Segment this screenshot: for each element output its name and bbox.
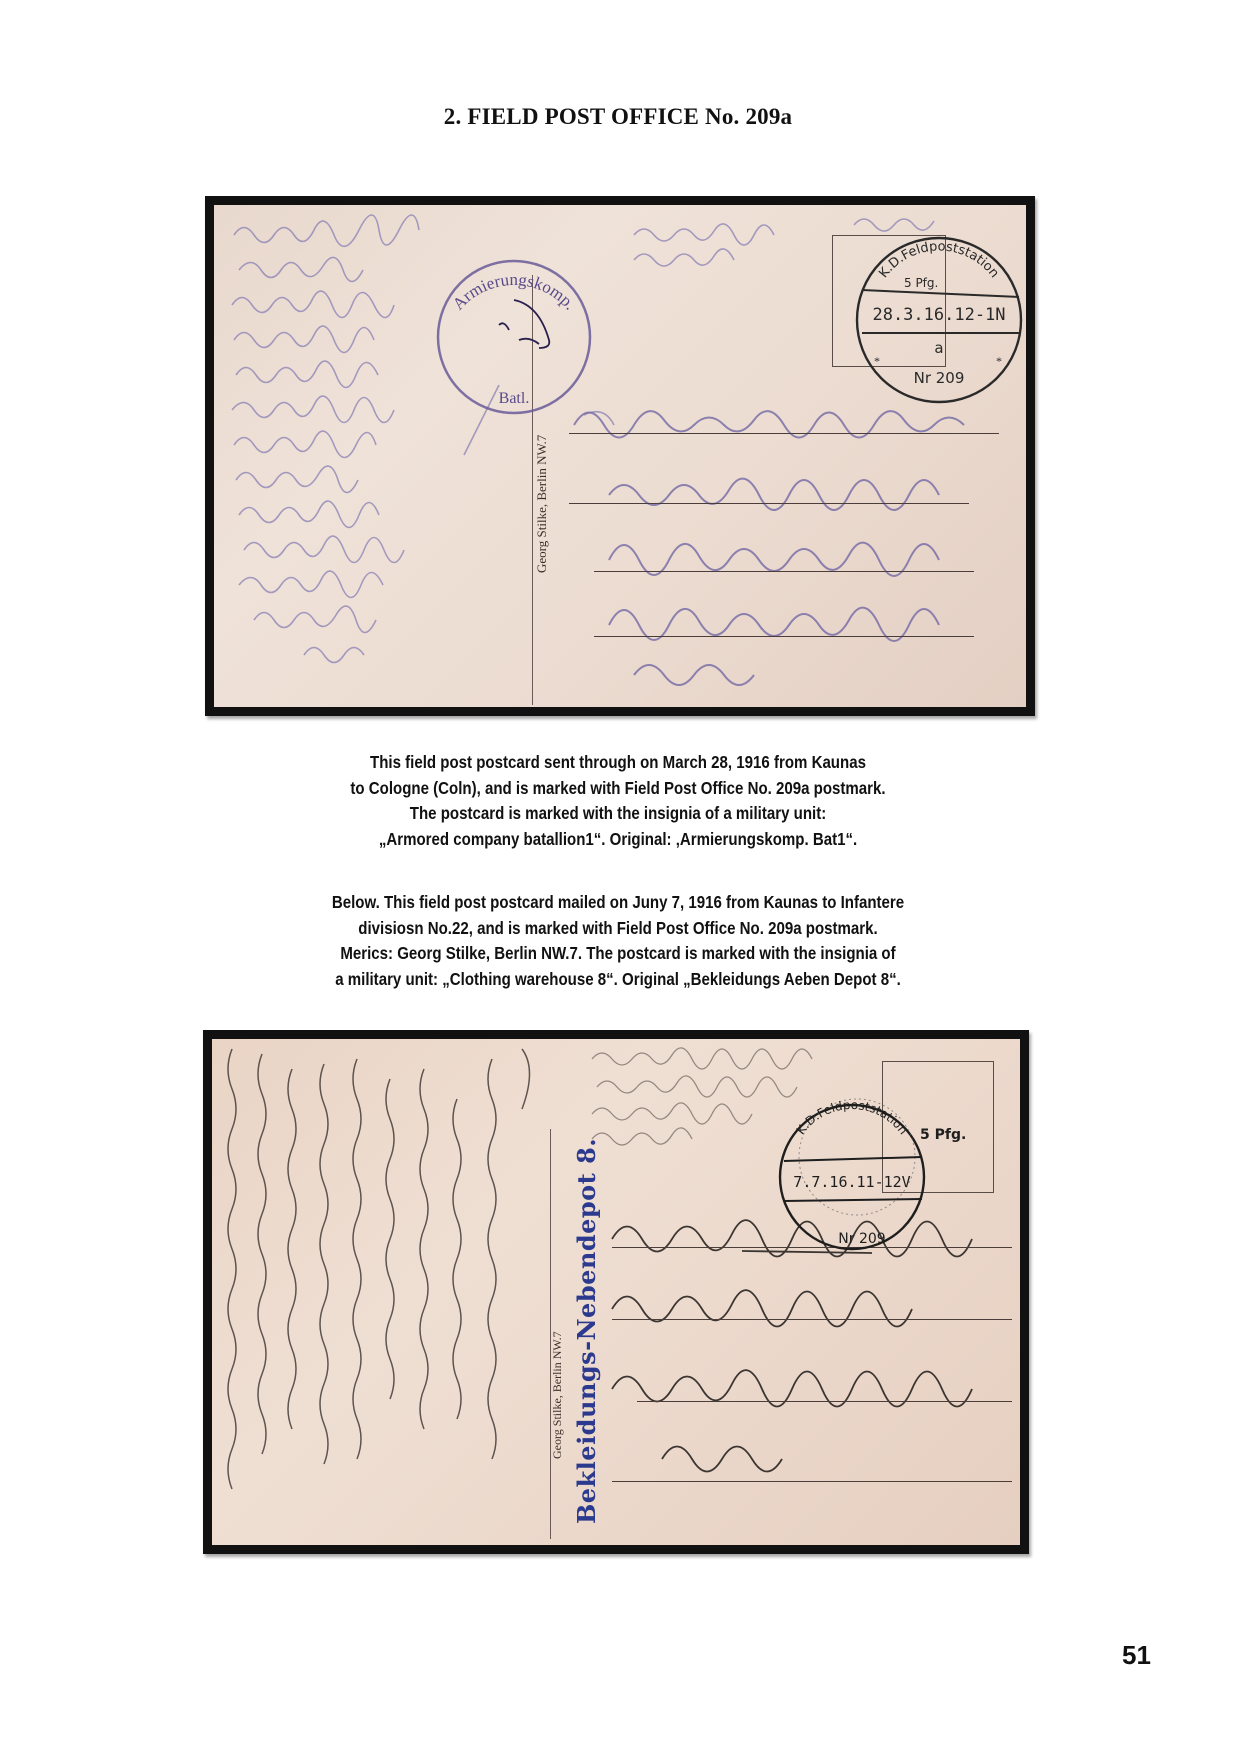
caption-bottom: Below. This field post postcard mailed o… [87, 890, 1150, 992]
postmark-1: K.D.Feldpoststation 5 Pfg. 28.3.16.12-1N… [214, 205, 1026, 707]
postcard-1-scan: Georg Stilke, Berlin NW.7 Armierungskomp… [205, 196, 1035, 716]
page-number: 51 [1122, 1640, 1151, 1671]
postmark-1-letter: a [934, 339, 943, 357]
postcard-2-surface: Georg Stilke, Berlin NW.7 Bekleidungs-Ne… [212, 1039, 1020, 1545]
svg-text:K.D.Feldpoststation: K.D.Feldpoststation [876, 239, 1001, 281]
caption-line: The postcard is marked with the insignia… [87, 801, 1150, 827]
caption-line: „Armored company batallion1“. Original: … [87, 827, 1150, 853]
svg-text:K.D.Feldpoststation: K.D.Feldpoststation [794, 1098, 911, 1137]
postmark-1-date: 28.3.16.12-1N [872, 305, 1005, 325]
caption-line: a military unit: „Clothing warehouse 8“.… [87, 967, 1150, 993]
caption-line: Merics: Georg Stilke, Berlin NW.7. The p… [87, 941, 1150, 967]
postmark-2-bottom-text: Nr 209 [838, 1231, 885, 1247]
svg-text:*: * [996, 354, 1002, 368]
caption-top: This field post postcard sent through on… [87, 750, 1150, 852]
postmark-2: K.D.Feldpoststation 5 Pfg. 7.7.16.11-12V… [212, 1039, 1020, 1545]
stamp-box-value: 5 Pfg. [904, 276, 938, 290]
caption-line: This field post postcard sent through on… [87, 750, 1150, 776]
postmark-1-top-text: K.D.Feldpoststation [876, 239, 1001, 281]
page-title: 2. FIELD POST OFFICE No. 209a [0, 104, 1236, 130]
caption-line: to Cologne (Coln), and is marked with Fi… [87, 776, 1150, 802]
postmark-1-bottom-text: Nr 209 [914, 369, 965, 387]
postcard-2-scan: Georg Stilke, Berlin NW.7 Bekleidungs-Ne… [203, 1030, 1029, 1554]
postmark-2-date: 7.7.16.11-12V [793, 1173, 910, 1191]
postmark-2-top-text: K.D.Feldpoststation [794, 1098, 911, 1137]
stamp-box-value: 5 Pfg. [920, 1127, 966, 1143]
postcard-1-surface: Georg Stilke, Berlin NW.7 Armierungskomp… [214, 205, 1026, 707]
caption-line: divisiosn No.22, and is marked with Fiel… [87, 916, 1150, 942]
svg-text:*: * [874, 354, 880, 368]
caption-line: Below. This field post postcard mailed o… [87, 890, 1150, 916]
